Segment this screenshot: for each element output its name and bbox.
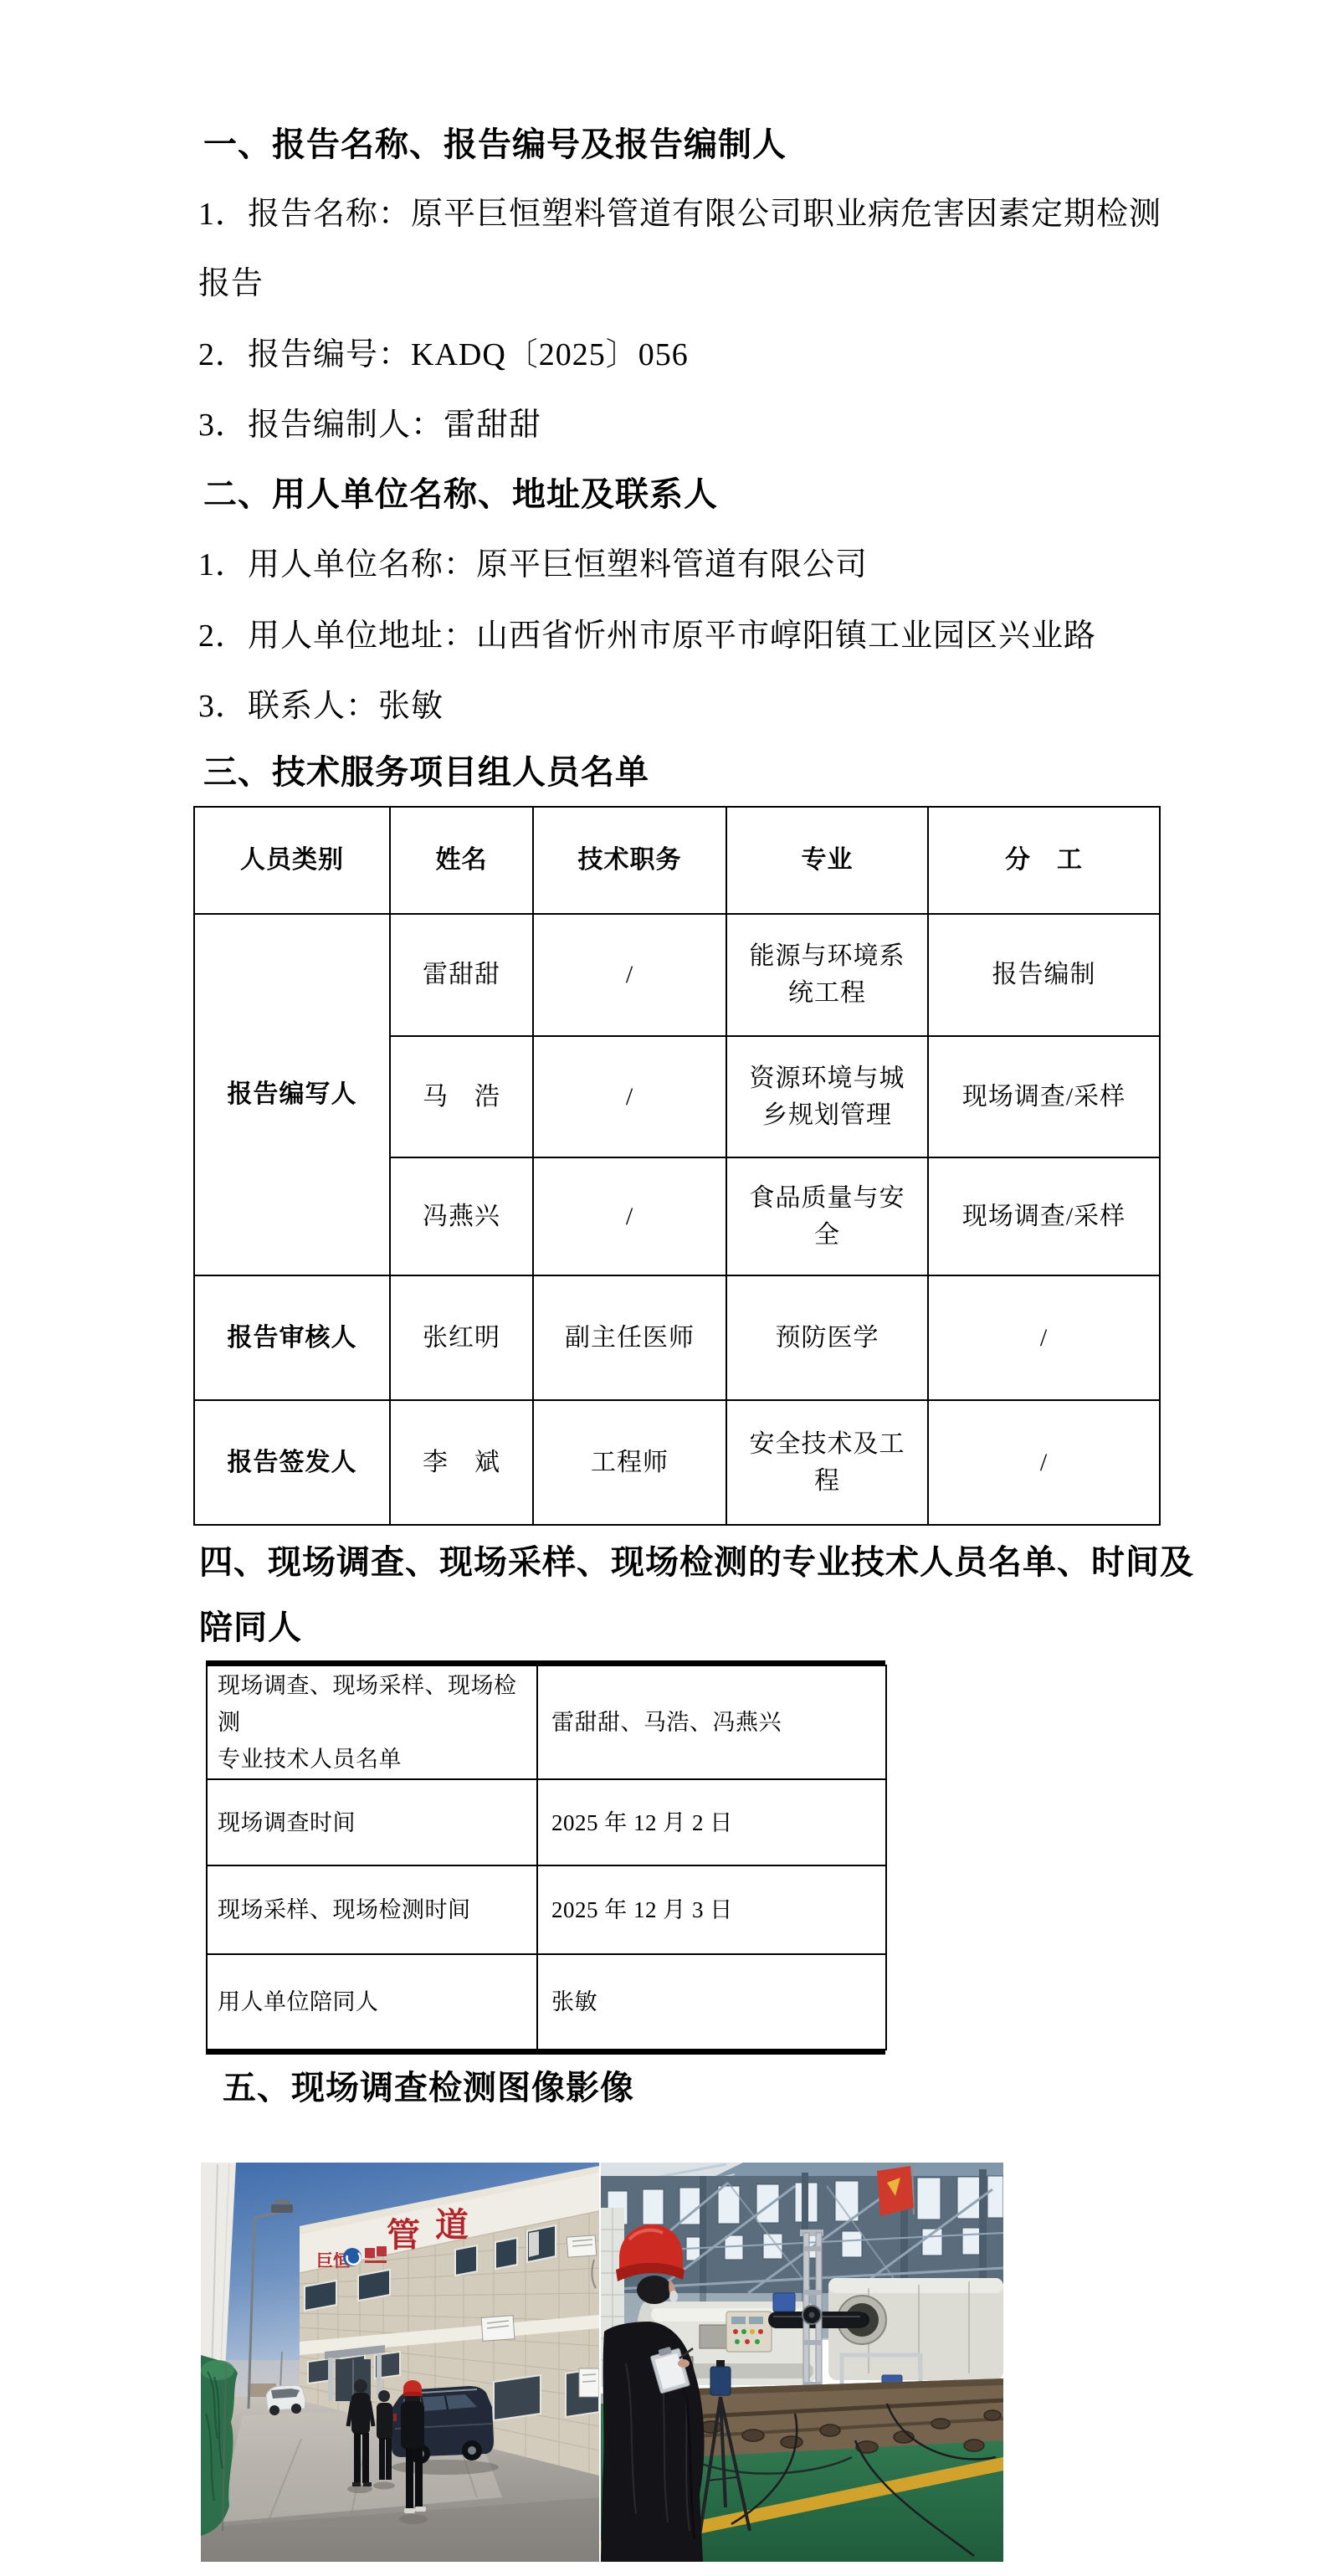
header-cell: 分 工: [928, 807, 1160, 914]
site-survey-table-frame: 现场调查、现场采样、现场检测 专业技术人员名单 雷甜甜、马浩、冯燕兴 现场调查时…: [206, 1660, 885, 2055]
header-cell: 技术职务: [533, 807, 726, 914]
name-cell: 冯燕兴: [390, 1157, 533, 1275]
major-cell: 资源环境与城 乡规划管理: [726, 1036, 928, 1157]
major-cell: 食品质量与安 全: [726, 1157, 928, 1275]
major-cell: 能源与环境系 统工程: [726, 914, 928, 1036]
header-cell: 姓名: [390, 807, 533, 914]
duty-cell: 现场调查/采样: [928, 1157, 1160, 1275]
workshop-interior-photo: [601, 2163, 1003, 2562]
section-three-heading: 三、技术服务项目组人员名单: [203, 752, 649, 793]
name-cell: 李 斌: [390, 1400, 533, 1525]
category-cell: 报告签发人: [194, 1400, 390, 1525]
table-row: 现场调查、现场采样、现场检测 专业技术人员名单 雷甜甜、马浩、冯燕兴: [207, 1665, 886, 1779]
employer-address-line: 2．用人单位地址：山西省忻州市原平市崞阳镇工业园区兴业路: [198, 617, 1096, 655]
category-cell: 报告编写人: [194, 914, 390, 1275]
table-row: 报告编写人 雷甜甜 / 能源与环境系 统工程 报告编制: [194, 914, 1160, 1036]
section-five-heading: 五、现场调查检测图像影像: [223, 2067, 634, 2109]
table-row: 报告审核人 张红明 副主任医师 预防医学 /: [194, 1275, 1160, 1400]
value-cell: 2025 年 12 月 2 日: [537, 1779, 886, 1865]
report-name-line2: 报告: [198, 264, 264, 303]
table-row: 报告签发人 李 斌 工程师 安全技术及工 程 /: [194, 1400, 1160, 1525]
label-cell: 用人单位陪同人: [207, 1954, 537, 2050]
table-row: 现场调查时间 2025 年 12 月 2 日: [207, 1779, 886, 1865]
header-cell: 专业: [726, 807, 928, 914]
table-row: 现场采样、现场检测时间 2025 年 12 月 3 日: [207, 1865, 886, 1954]
employer-name-line: 1．用人单位名称：原平巨恒塑料管道有限公司: [198, 546, 868, 584]
section-one-heading: 一、报告名称、报告编号及报告编制人: [203, 124, 787, 166]
category-cell: 报告审核人: [194, 1275, 390, 1400]
report-author-line: 3．报告编制人：雷甜甜: [198, 406, 541, 444]
red-flag: [877, 2163, 914, 2216]
sign-char-guan: 管: [387, 2216, 420, 2254]
table-row: 用人单位陪同人 张敏: [207, 1954, 886, 2050]
name-cell: 张红明: [390, 1275, 533, 1400]
name-cell: 马 浩: [390, 1036, 533, 1157]
value-cell: 2025 年 12 月 3 日: [537, 1865, 886, 1954]
label-cell: 现场调查、现场采样、现场检测 专业技术人员名单: [207, 1665, 537, 1779]
title-cell: /: [533, 1036, 726, 1157]
section-four-heading: 四、现场调查、现场采样、现场检测的专业技术人员名单、时间及 陪同人: [199, 1530, 1194, 1660]
personnel-table: 人员类别 姓名 技术职务 专业 分 工 报告编写人 雷甜甜 / 能源与环境系 统…: [193, 806, 1161, 1526]
title-cell: /: [533, 1157, 726, 1275]
value-cell: 张敏: [537, 1954, 886, 2050]
workshop-interior-illustration: [601, 2163, 1003, 2562]
factory-exterior-photo: 巨恒 管 道: [201, 2163, 599, 2562]
title-cell: 工程师: [533, 1400, 726, 1525]
header-cell: 人员类别: [194, 807, 390, 914]
report-number-line: 2．报告编号：KADQ〔2025〕056: [198, 336, 689, 374]
factory-exterior-illustration: 巨恒 管 道: [201, 2163, 599, 2562]
employer-contact-line: 3．联系人：张敏: [198, 687, 444, 726]
duty-cell: /: [928, 1275, 1160, 1400]
title-cell: 副主任医师: [533, 1275, 726, 1400]
sign-char-dao: 道: [435, 2206, 469, 2244]
duty-cell: /: [928, 1400, 1160, 1525]
major-cell: 预防医学: [726, 1275, 928, 1400]
value-cell: 雷甜甜、马浩、冯燕兴: [537, 1665, 886, 1779]
control-panel: [726, 2312, 772, 2352]
site-survey-table: 现场调查、现场采样、现场检测 专业技术人员名单 雷甜甜、马浩、冯燕兴 现场调查时…: [206, 1665, 887, 2050]
name-cell: 雷甜甜: [390, 914, 533, 1036]
duty-cell: 报告编制: [928, 914, 1160, 1036]
duty-cell: 现场调查/采样: [928, 1036, 1160, 1157]
table-header-row: 人员类别 姓名 技术职务 专业 分 工: [194, 807, 1160, 914]
section-two-heading: 二、用人单位名称、地址及联系人: [203, 474, 718, 516]
report-page: 一、报告名称、报告编号及报告编制人 1．报告名称：原平巨恒塑料管道有限公司职业病…: [0, 0, 1328, 2576]
label-cell: 现场调查时间: [207, 1779, 537, 1865]
label-cell: 现场采样、现场检测时间: [207, 1865, 537, 1954]
report-name-line1: 1．报告名称：原平巨恒塑料管道有限公司职业病危害因素定期检测: [198, 195, 1161, 233]
title-cell: /: [533, 914, 726, 1036]
major-cell: 安全技术及工 程: [726, 1400, 928, 1525]
